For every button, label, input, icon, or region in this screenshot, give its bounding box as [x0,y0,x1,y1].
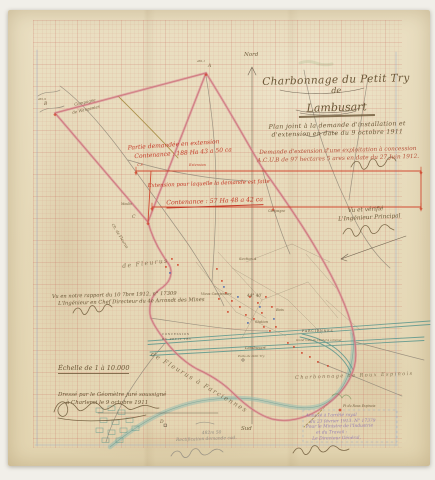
map-label: 44° 40′ [247,294,262,299]
map-label: Bois [276,309,284,313]
map-label: Nord [244,52,258,58]
map-label: de Fleurus [122,258,169,270]
verification-note: Vu et vérifié L'Ingénieur Principal [338,204,401,223]
map-label: B [44,103,47,108]
map-label: Lambusart [245,346,266,350]
surveyor-line1: Dressé par le Géomètre juré soussigné [58,392,166,400]
map-label: Station [255,321,268,325]
map-label: Ch. de Fleurus [110,223,129,249]
map-label: Pt du Roux Espinois [343,405,375,409]
map-label: Charbonnage de Roux Espinois [295,372,414,382]
map-label: 481,9 [38,98,46,101]
map-label: Section A [239,258,256,262]
map-label: Vieux Campinaire [201,293,232,297]
map-label: CONCESSION [162,333,190,336]
map-label: Sud [241,426,252,432]
map-label: 482,1 [197,60,205,63]
map-label: D [160,421,164,426]
map-label: C [132,216,135,221]
surveyor-line2: à Charleroi le 9 octobre 1911 [66,400,166,408]
map-label: FARCIENNES [302,330,334,334]
scale-label: Échelle de 1 à 10.000 [58,364,129,374]
map-label: A [208,65,211,70]
map-label: Puits du Petit Try [238,355,265,358]
map-label: C.P. [137,164,143,168]
map-label: Extension [189,164,206,168]
map-label-layer: NordSud482,1A481,9BCDCampagnede Wangenie… [0,0,435,480]
title-block: Charbonnage du Petit Try de Lambusart Pl… [251,72,423,165]
legend-request: Extension pour laquelle la demande est f… [148,178,271,209]
scale-block: Échelle de 1 à 10.000 Dressé par le Géom… [58,355,166,407]
map-label: Campagne [268,210,285,214]
map-label: DU PETIT TRY [162,338,192,341]
pencil-note: 482m 50 Rectification demande cad. [176,430,237,444]
ministry-stamp: Annexé à l'arrêté royal du 23 février 19… [306,412,398,442]
scanned-map-page: NordSud482,1A481,9BCDCampagnede Wangenie… [0,0,435,480]
map-label: Moulin [121,203,132,207]
map-label: Grand'route de Charleroi à Namur [296,340,342,343]
town-name: Lambusart [298,100,375,118]
